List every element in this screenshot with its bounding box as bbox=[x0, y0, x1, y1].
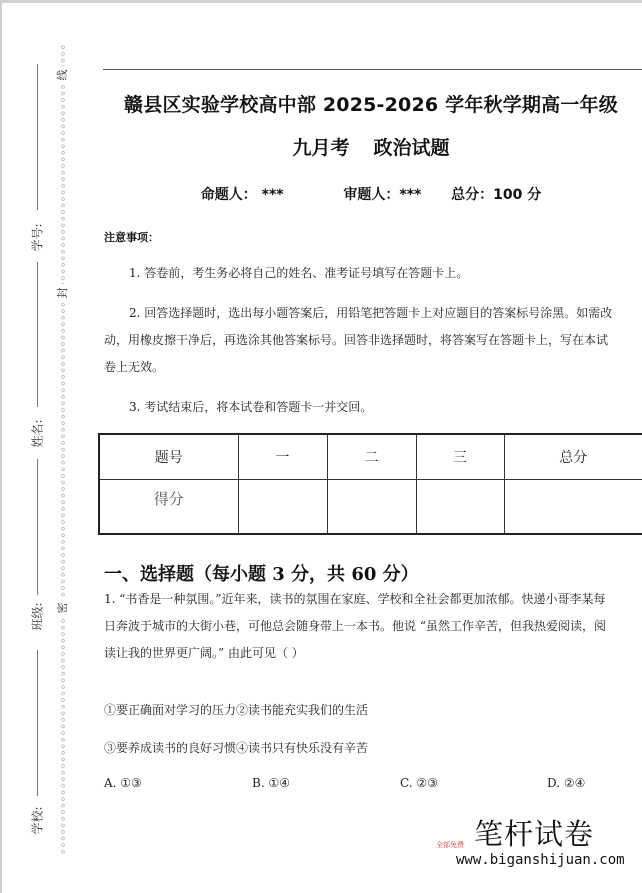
name-line-lower bbox=[37, 459, 38, 595]
question-1-statements-1: ①要正确面对学习的压力②读书能充实我们的生活 bbox=[104, 697, 614, 724]
score-part-2 bbox=[327, 480, 416, 535]
exam-title: 赣县区实验学校高中部 2025-2026 学年秋学期高一年级 bbox=[100, 90, 642, 117]
score-total bbox=[504, 480, 642, 535]
seal-char-seal: 封 bbox=[54, 284, 72, 302]
notice-item-2: 2. 回答选择题时，选出每小题答案后，用铅笔把答题卡上对应题目的答案标号涂黑。如… bbox=[104, 300, 614, 381]
seal-char-line: 线 bbox=[54, 66, 72, 84]
student-id-label: 学号: bbox=[22, 217, 52, 257]
score-part-3 bbox=[416, 480, 504, 535]
header-question-no: 题号 bbox=[99, 434, 238, 480]
score-table-header: 题号 一 二 三 总分 bbox=[99, 434, 642, 480]
class-label: 班级: bbox=[22, 596, 52, 636]
name-label: 姓名: bbox=[22, 413, 52, 453]
exam-subject: 政治试题 bbox=[374, 137, 450, 159]
page-left-edge bbox=[0, 0, 2, 893]
section-heading: 一、选择题（每小题 3 分，共 60 分） bbox=[104, 560, 419, 586]
score-table-row: 得分 bbox=[99, 480, 642, 535]
option-b: B. ①④ bbox=[252, 776, 290, 790]
question-1-statements-2: ③要养成读书的良好习惯④读书只有快乐没有辛苦 bbox=[104, 735, 614, 762]
watermark-brand: 笔杆试卷 bbox=[474, 812, 594, 853]
header-rule bbox=[103, 69, 642, 70]
header-part-2: 二 bbox=[327, 434, 416, 480]
notice-item-3: 3. 考试结束后，将本试卷和答题卡一并交回。 bbox=[104, 394, 614, 421]
option-c: C. ②③ bbox=[400, 776, 438, 790]
page-top-edge bbox=[0, 0, 642, 3]
student-id-line bbox=[37, 64, 38, 210]
exam-meta: 命题人： *** 审题人：*** 总分：100 分 bbox=[100, 184, 642, 204]
notice-item-1: 1. 答卷前，考生务必将自己的姓名、准考证号填写在答题卡上。 bbox=[104, 260, 614, 287]
seal-dotted-line bbox=[61, 44, 65, 856]
watermark-url: www.biganshijuan.com bbox=[456, 852, 625, 868]
name-line-upper bbox=[37, 262, 38, 407]
notice-heading: 注意事项： bbox=[104, 229, 159, 245]
class-line bbox=[37, 650, 38, 796]
question-1-stem: 1. “书香是一种氛围。”近年来，读书的氛围在家庭、学校和全社会都更加浓郁。快递… bbox=[104, 586, 614, 667]
header-part-1: 一 bbox=[238, 434, 327, 480]
score-table: 题号 一 二 三 总分 得分 bbox=[98, 433, 642, 535]
exam-subtitle: 九月考政治试题 bbox=[100, 133, 642, 160]
score-part-1 bbox=[238, 480, 327, 535]
header-total: 总分 bbox=[504, 434, 642, 480]
total-score: 总分：100 分 bbox=[451, 184, 541, 204]
score-label: 得分 bbox=[99, 480, 238, 535]
seal-char-secret: 密 bbox=[54, 599, 72, 617]
setter: 命题人： *** bbox=[201, 184, 284, 204]
reviewer: 审题人：*** bbox=[343, 184, 421, 204]
option-a: A. ①③ bbox=[104, 776, 142, 790]
watermark-tag: 全部免费 bbox=[436, 840, 464, 850]
header-part-3: 三 bbox=[416, 434, 504, 480]
watermark: 笔杆试卷 全部免费 www.biganshijuan.com bbox=[430, 812, 630, 872]
option-d: D. ②④ bbox=[547, 776, 585, 790]
school-label: 学校: bbox=[22, 800, 52, 840]
exam-name: 九月考 bbox=[292, 137, 349, 159]
